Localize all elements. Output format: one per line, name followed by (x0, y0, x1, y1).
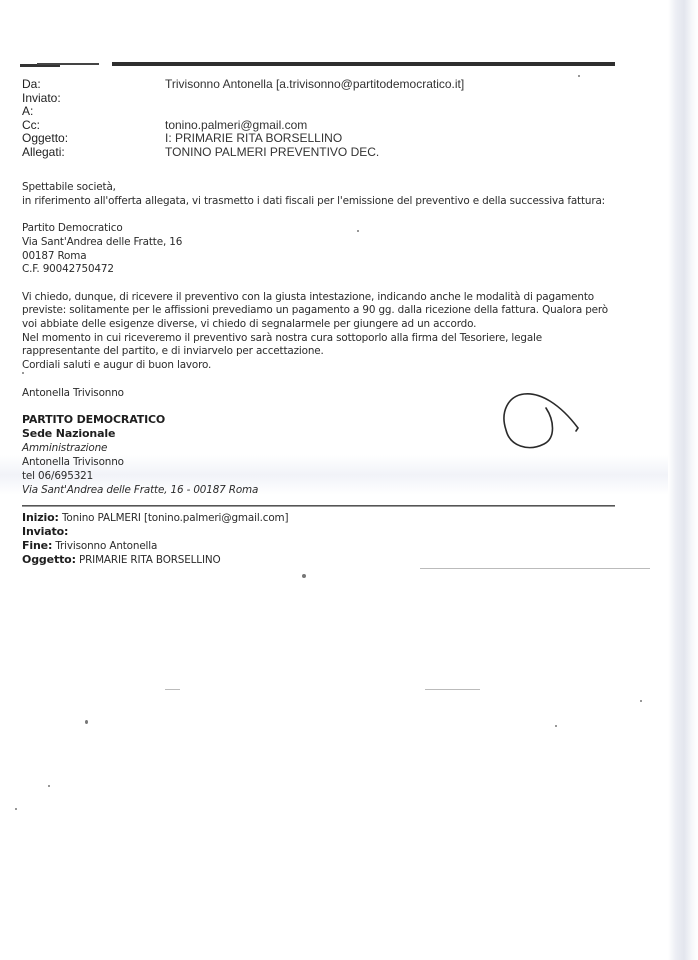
scan-artifact (85, 720, 88, 724)
paragraph-line: voi abbiate delle esigenze diverse, vi c… (22, 318, 642, 332)
header-rule (112, 62, 615, 66)
header-value: I: PRIMARIE RITA BORSELLINO (165, 132, 342, 146)
header-label: Inviato: (22, 92, 165, 106)
address-line: 00187 Roma (22, 250, 642, 264)
forward-separator (22, 505, 615, 507)
signature-department: Amministrazione (22, 441, 258, 455)
scan-artifact (165, 689, 180, 690)
header-subject: Oggetto: I: PRIMARIE RITA BORSELLINO (22, 132, 464, 146)
paragraph-line: rappresentante del partito, e di inviarv… (22, 345, 642, 359)
header-label: Allegati: (22, 146, 165, 160)
greeting: Spettabile società, (22, 181, 642, 195)
scanned-page: Da: Trivisonno Antonella [a.trivisonno@p… (0, 0, 698, 960)
header-from: Da: Trivisonno Antonella [a.trivisonno@p… (22, 78, 464, 92)
intro: in riferimento all'offerta allegata, vi … (22, 195, 642, 209)
header-sent: Inviato: (22, 92, 464, 106)
header-label: Oggetto: (22, 132, 165, 146)
fwd-label: Inizio: (22, 511, 59, 524)
scan-artifact (425, 689, 480, 690)
header-rule-fragment (37, 63, 99, 65)
signature-address: Via Sant'Andrea delle Fratte, 16 - 00187… (22, 483, 258, 497)
fwd-label: Fine: (22, 539, 52, 552)
forwarded-header: Inizio: Tonino PALMERI [tonino.palmeri@g… (22, 511, 288, 567)
header-value: tonino.palmeri@gmail.com (165, 119, 307, 133)
fwd-value: PRIMARIE RITA BORSELLINO (79, 554, 221, 566)
address-line: Via Sant'Andrea delle Fratte, 16 (22, 236, 642, 250)
signature-org: PARTITO DEMOCRATICO (22, 413, 258, 427)
scan-artifact (357, 230, 359, 232)
paragraph-line: Vi chiedo, dunque, di ricevere il preven… (22, 291, 642, 305)
scan-artifact (640, 700, 642, 702)
fiscal-code: C.F. 90042750472 (22, 263, 642, 277)
header-cc: Cc: tonino.palmeri@gmail.com (22, 119, 464, 133)
forwarded-subject: Oggetto: PRIMARIE RITA BORSELLINO (22, 553, 288, 567)
forwarded-from: Inizio: Tonino PALMERI [tonino.palmeri@g… (22, 511, 288, 525)
signature-phone: tel 06/695321 (22, 469, 258, 483)
forwarded-to: Fine: Trivisonno Antonella (22, 539, 288, 553)
header-attachments: Allegati: TONINO PALMERI PREVENTIVO DEC. (22, 146, 464, 160)
scan-artifact (22, 372, 24, 374)
paragraph-line: Nel momento in cui riceveremo il prevent… (22, 332, 642, 346)
header-value: Trivisonno Antonella [a.trivisonno@parti… (165, 78, 464, 92)
email-header: Da: Trivisonno Antonella [a.trivisonno@p… (22, 78, 464, 159)
forwarded-sent: Inviato: (22, 525, 288, 539)
header-label: A: (22, 105, 165, 119)
fwd-value: Tonino PALMERI [tonino.palmeri@gmail.com… (62, 512, 288, 524)
fwd-label: Inviato: (22, 525, 68, 538)
email-body: Spettabile società, in riferimento all'o… (22, 181, 642, 400)
address-line: Partito Democratico (22, 222, 642, 236)
email-signature: PARTITO DEMOCRATICO Sede Nazionale Ammin… (22, 413, 258, 497)
header-value: TONINO PALMERI PREVENTIVO DEC. (165, 146, 379, 160)
scan-artifact (302, 574, 306, 578)
header-label: Cc: (22, 119, 165, 133)
scan-artifact (420, 568, 650, 569)
scan-artifact (555, 725, 557, 727)
scan-artifact (578, 75, 580, 77)
closing: Cordiali saluti e augur di buon lavoro. (22, 359, 642, 373)
fwd-value: Trivisonno Antonella (55, 540, 157, 552)
paragraph-line: previste: solitamente per le affissioni … (22, 304, 642, 318)
signature-name: Antonella Trivisonno (22, 455, 258, 469)
header-to: A: (22, 105, 464, 119)
header-label: Da: (22, 78, 165, 92)
scan-artifact (15, 808, 17, 810)
scan-artifact (48, 785, 50, 787)
fwd-label: Oggetto: (22, 553, 76, 566)
signature-office: Sede Nazionale (22, 427, 258, 441)
handwritten-mark-icon (488, 378, 588, 468)
